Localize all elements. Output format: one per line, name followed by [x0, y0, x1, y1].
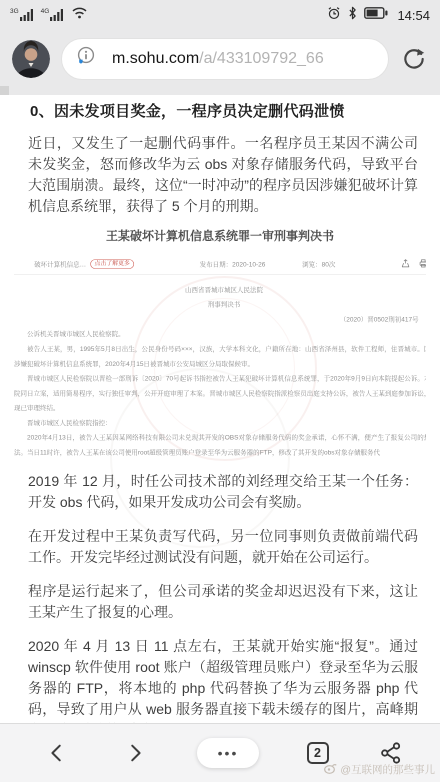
publish-date: 发布日期：2020-10-26 — [200, 259, 266, 268]
phone-screen: 3G 4G — [0, 0, 440, 782]
url-host: m.sohu.com — [112, 50, 199, 67]
more-dots-icon: ••• — [218, 745, 239, 761]
alarm-icon — [327, 6, 341, 25]
view-count: 浏览：80次 — [302, 259, 335, 268]
wifi-icon — [71, 6, 88, 24]
bluetooth-icon — [348, 6, 357, 25]
article-paragraph: 在开发过程中王某负责写代码，另一位同事则负责做前端代码工作。开发完毕经过测试没有… — [28, 526, 418, 568]
article-content: 0、因未发项目奖金，一程序员决定删代码泄愤 近日，又发生了一起删代码事件。一名程… — [0, 95, 440, 723]
url-path: /a/433109792_66 — [199, 50, 324, 67]
page-info-icon[interactable] — [76, 46, 96, 71]
battery-icon — [364, 6, 388, 24]
judgment-tag: 破坏计算机信息… — [34, 259, 86, 268]
url-row: m.sohu.com/a/433109792_66 — [0, 30, 440, 95]
back-button[interactable] — [42, 738, 72, 768]
article-paragraph: 程序是运行起来了，但公司承诺的奖金却迟迟没有下来，这让王某产生了报复的心理。 — [28, 581, 418, 623]
watermark-text: @互联网的那些事儿 — [340, 762, 435, 777]
refresh-button[interactable] — [400, 45, 428, 73]
forward-button[interactable] — [120, 738, 150, 768]
status-right: 14:54 — [327, 6, 430, 25]
document-type: 刑事判决书 — [14, 298, 426, 313]
browser-chrome: 3G 4G — [0, 0, 440, 95]
judgment-paragraph: 公诉机关晋城市城区人民检察院。 — [14, 327, 426, 342]
judgment-meta-row: 破坏计算机信息… 点击了解更多 发布日期：2020-10-26 浏览：80次 — [14, 254, 426, 274]
avatar[interactable] — [12, 40, 50, 78]
court-name: 山西省晋城市城区人民法院 — [14, 283, 426, 298]
case-number: （2020）晋0502刑初417号 — [14, 313, 426, 328]
signal-3g-icon: 3G — [10, 9, 34, 21]
network-label-3g: 3G — [10, 8, 19, 15]
network-label-4g: 4G — [41, 8, 50, 15]
judgment-meta-icons — [401, 258, 426, 269]
judgment-paragraph: 晋城市城区人民检察院以晋检一部刑诉〔2020〕70号起诉书指控被告人王某犯破坏计… — [14, 372, 426, 416]
url-text: m.sohu.com/a/433109792_66 — [112, 50, 324, 68]
url-bar[interactable]: m.sohu.com/a/433109792_66 — [61, 38, 389, 80]
article-paragraph: 2019 年 12 月，时任公司技术部的刘经理交给王某一个任务：开发 obs 代… — [28, 471, 418, 513]
weibo-watermark: @互联网的那些事儿 — [324, 762, 435, 777]
status-left: 3G 4G — [10, 6, 88, 24]
status-bar: 3G 4G — [0, 0, 440, 30]
menu-button[interactable]: ••• — [197, 738, 259, 768]
judgment-body-wrap: 破坏计算机信息… 点击了解更多 发布日期：2020-10-26 浏览：80次 — [14, 254, 426, 460]
judgment-paragraph: 被告人王某，男，1995年5月8日出生，公民身份号码×××，汉族，大学本科文化，… — [14, 342, 426, 372]
download-icon[interactable] — [401, 258, 410, 269]
divider — [14, 274, 426, 275]
judgment-paragraph: 2020年4月13日，被告人王某因某网络科技有限公司未兑现其开发的OBS对象存储… — [14, 431, 426, 460]
tab-count: 2 — [314, 746, 321, 760]
judgment-title: 王某破坏计算机信息系统罪一审刑事判决书 — [14, 228, 426, 245]
judgment-paragraph: 晋城市城区人民检察院指控： — [14, 416, 426, 431]
print-icon[interactable] — [419, 258, 426, 269]
weibo-icon — [324, 763, 337, 777]
signal-4g-icon: 4G — [41, 9, 65, 21]
article-heading: 0、因未发项目奖金，一程序员决定删代码泄愤 — [30, 102, 416, 122]
judgment-image: 王某破坏计算机信息系统罪一审刑事判决书 破坏计算机信息… 点击了解更多 发布日期… — [14, 228, 426, 460]
clock-time: 14:54 — [397, 8, 430, 23]
tabs-button[interactable]: 2 — [307, 742, 329, 764]
more-info-badge[interactable]: 点击了解更多 — [90, 259, 134, 268]
article-paragraph: 2020 年 4 月 13 日 11 点左右，王某就开始实施“报复”。通过 wi… — [28, 636, 418, 723]
article-paragraph: 近日，又发生了一起删代码事件。一名程序员王某因不满公司未发奖金，怒而修改华为云 … — [28, 133, 418, 217]
